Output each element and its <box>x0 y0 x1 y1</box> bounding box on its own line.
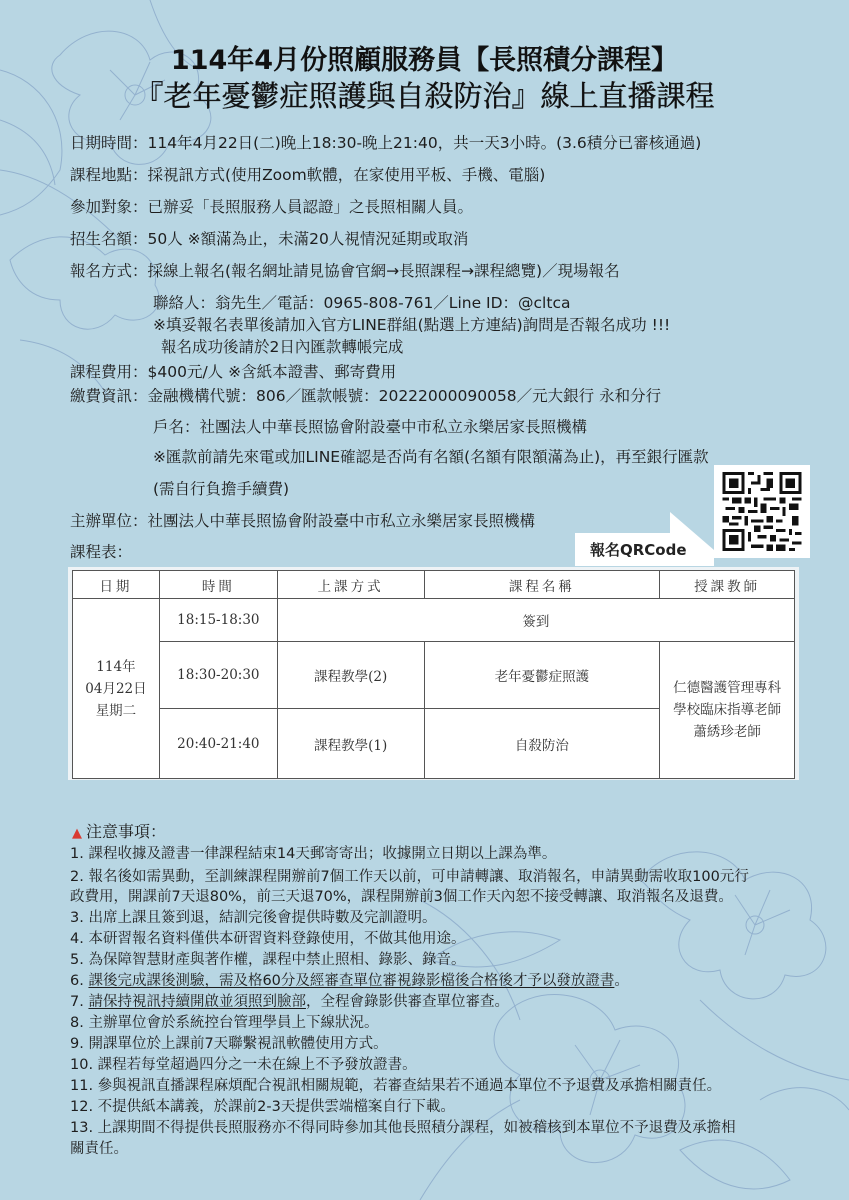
sign-in-cell: 簽到 <box>277 599 794 642</box>
payment-note-2: (需自行負擔手續費) <box>153 477 289 499</box>
teacher-line-1: 仁德醫護管理專科 <box>660 677 794 699</box>
qr-code[interactable] <box>714 465 810 558</box>
note-item: 2. 報名後如需異動，至訓練課程開辦前7個工作天以前，可申請轉讓、取消報名，申請… <box>70 865 749 886</box>
note-item: 5. 為保障智慧財產與著作權，課程中禁止照相、錄影、錄音。 <box>70 948 465 969</box>
course-cell: 自殺防治 <box>424 709 660 779</box>
note-item: 12. 不提供紙本講義，於課前2-3天提供雲端檔案自行下載。 <box>70 1095 455 1116</box>
table-row: 18:30-20:30 課程教學(2) 老年憂鬱症照護 仁德醫護管理專科 學校臨… <box>73 642 795 709</box>
payment-value: 金融機構代號：806／匯款帳號：20222000090058／元大銀行 永和分行 <box>148 387 662 405</box>
audience-value: 已辦妥「長照服務人員認證」之長照相關人員。 <box>148 198 474 216</box>
page-title-line-1: 114年4月份照顧服務員【長照積分課程】 <box>0 38 849 77</box>
method-cell: 課程教學(1) <box>277 709 424 779</box>
note-item-continued: 關責任。 <box>70 1137 128 1158</box>
registration-row: 報名方式：採線上報名(報名網址請見協會官網→長照課程→課程總覽)／現場報名 <box>70 259 620 281</box>
quota-row: 招生名額：50人 ※額滿為止，未滿20人視情況延期或取消 <box>70 227 468 249</box>
table-row: 114年 04月22日 星期二 18:15-18:30 簽到 <box>73 599 795 642</box>
fee-value: $400元/人 ※含紙本證書、郵寄費用 <box>148 363 397 381</box>
note-item: 1. 課程收據及證書一律課程結束14天郵寄寄出；收據開立日期以上課為準。 <box>70 842 556 863</box>
registration-note-2: 報名成功後請於2日內匯款轉帳完成 <box>161 335 403 357</box>
time-cell: 18:30-20:30 <box>159 642 277 709</box>
header-date: 日期 <box>73 571 160 599</box>
account-name: 戶名：社團法人中華長照協會附設臺中市私立永樂居家長照機構 <box>153 415 587 437</box>
note-7-prefix: 7. <box>70 994 88 1010</box>
payment-note-1: ※匯款前請先來電或加LINE確認是否尚有名額(名額有限額滿為止)，再至銀行匯款 <box>153 445 709 467</box>
contact-info: 聯絡人：翁先生／電話：0965-808-761／Line ID：@cltca <box>153 291 570 313</box>
date-weekday: 星期二 <box>73 700 159 722</box>
registration-label: 報名方式： <box>70 262 148 280</box>
registration-note-1: ※填妥報名表單後請加入官方LINE群組(點選上方連結)詢問是否報名成功 !!! <box>153 313 670 335</box>
warning-triangle-icon: ▲ <box>72 826 82 841</box>
payment-label: 繳費資訊： <box>70 387 148 405</box>
date-day: 04月22日 <box>73 678 159 700</box>
schedule-label: 課程表： <box>70 540 132 562</box>
note-item: 13. 上課期間不得提供長照服務亦不得同時參加其他長照積分課程，如被稽核到本單位… <box>70 1116 736 1137</box>
location-value: 採視訊方式(使用Zoom軟體，在家使用平板、手機、電腦) <box>148 166 546 184</box>
date-year: 114年 <box>73 656 159 678</box>
organizer-label: 主辦單位： <box>70 512 148 530</box>
registration-value: 採線上報名(報名網址請見協會官網→長照課程→課程總覽)／現場報名 <box>148 262 620 280</box>
audience-label: 參加對象： <box>70 198 148 216</box>
note-item-7: 7. 請保持視訊持續開啟並須照到臉部，全程會錄影供審查單位審查。 <box>70 990 509 1011</box>
location-row: 課程地點：採視訊方式(使用Zoom軟體，在家使用平板、手機、電腦) <box>70 163 545 185</box>
fee-label: 課程費用： <box>70 363 148 381</box>
note-item: 10. 課程若每堂超過四分之一未在線上不予發放證書。 <box>70 1053 417 1074</box>
datetime-label: 日期時間： <box>70 134 148 152</box>
note-item: 3. 出席上課且簽到退，結訓完後會提供時數及完訓證明。 <box>70 906 436 927</box>
teacher-cell: 仁德醫護管理專科 學校臨床指導老師 蕭綉珍老師 <box>660 642 795 779</box>
header-teacher: 授課教師 <box>660 571 795 599</box>
notes-heading-text: 注意事項： <box>86 822 166 841</box>
note-6-underlined: 課後完成課後測驗，需及格60分及經審查單位審視錄影檔後合格後才予以發放證書 <box>88 973 614 989</box>
schedule-table: 日期 時間 上課方式 課程名稱 授課教師 114年 04月22日 星期二 18:… <box>72 570 795 779</box>
course-cell: 老年憂鬱症照護 <box>424 642 660 709</box>
note-item: 9. 開課單位於上課前7天聯繫視訊軟體使用方式。 <box>70 1032 388 1053</box>
qr-code-icon <box>722 472 802 551</box>
quota-label: 招生名額： <box>70 230 148 248</box>
note-7-suffix: ，全程會錄影供審查單位審查。 <box>306 994 509 1010</box>
audience-row: 參加對象：已辦妥「長照服務人員認證」之長照相關人員。 <box>70 195 473 217</box>
note-item: 11. 參與視訊直播課程麻煩配合視訊相關規範，若審查結果若不通過本單位不予退費及… <box>70 1074 721 1095</box>
header-method: 上課方式 <box>277 571 424 599</box>
note-item: 4. 本研習報名資料僅供本研習資料登錄使用，不做其他用途。 <box>70 927 465 948</box>
note-item: 8. 主辦單位會於系統控台管理學員上下線狀況。 <box>70 1011 378 1032</box>
note-item-6: 6. 課後完成課後測驗，需及格60分及經審查單位審視錄影檔後合格後才予以發放證書… <box>70 969 629 990</box>
header-time: 時間 <box>159 571 277 599</box>
note-7-underlined: 請保持視訊持續開啟並須照到臉部 <box>88 994 306 1010</box>
note-6-suffix: 。 <box>614 973 629 989</box>
fee-row: 課程費用：$400元/人 ※含紙本證書、郵寄費用 <box>70 360 396 382</box>
datetime-value: 114年4月22日(二)晚上18:30-晚上21:40，共一天3小時。(3.6積… <box>148 134 702 152</box>
note-item-continued: 政費用，開課前7天退80%，前三天退70%，課程開辦前3個工作天內恕不接受轉讓、… <box>70 885 733 906</box>
teacher-line-3: 蕭綉珍老師 <box>660 721 794 743</box>
time-cell: 18:15-18:30 <box>159 599 277 642</box>
date-cell: 114年 04月22日 星期二 <box>73 599 160 779</box>
quota-value: 50人 ※額滿為止，未滿20人視情況延期或取消 <box>148 230 469 248</box>
table-header-row: 日期 時間 上課方式 課程名稱 授課教師 <box>73 571 795 599</box>
page-title-line-2: 『老年憂鬱症照護與自殺防治』線上直播課程 <box>0 74 849 115</box>
time-cell: 20:40-21:40 <box>159 709 277 779</box>
organizer-row: 主辦單位：社團法人中華長照協會附設臺中市私立永樂居家長照機構 <box>70 509 535 531</box>
organizer-value: 社團法人中華長照協會附設臺中市私立永樂居家長照機構 <box>148 512 536 530</box>
teacher-line-2: 學校臨床指導老師 <box>660 699 794 721</box>
payment-row: 繳費資訊：金融機構代號：806／匯款帳號：20222000090058／元大銀行… <box>70 384 661 406</box>
datetime-row: 日期時間：114年4月22日(二)晚上18:30-晚上21:40，共一天3小時。… <box>70 131 701 153</box>
note-6-prefix: 6. <box>70 973 88 989</box>
qr-label: 報名QRCode <box>590 539 687 560</box>
method-cell: 課程教學(2) <box>277 642 424 709</box>
notes-heading: ▲注意事項： <box>72 819 166 842</box>
location-label: 課程地點： <box>70 166 148 184</box>
header-course: 課程名稱 <box>424 571 660 599</box>
